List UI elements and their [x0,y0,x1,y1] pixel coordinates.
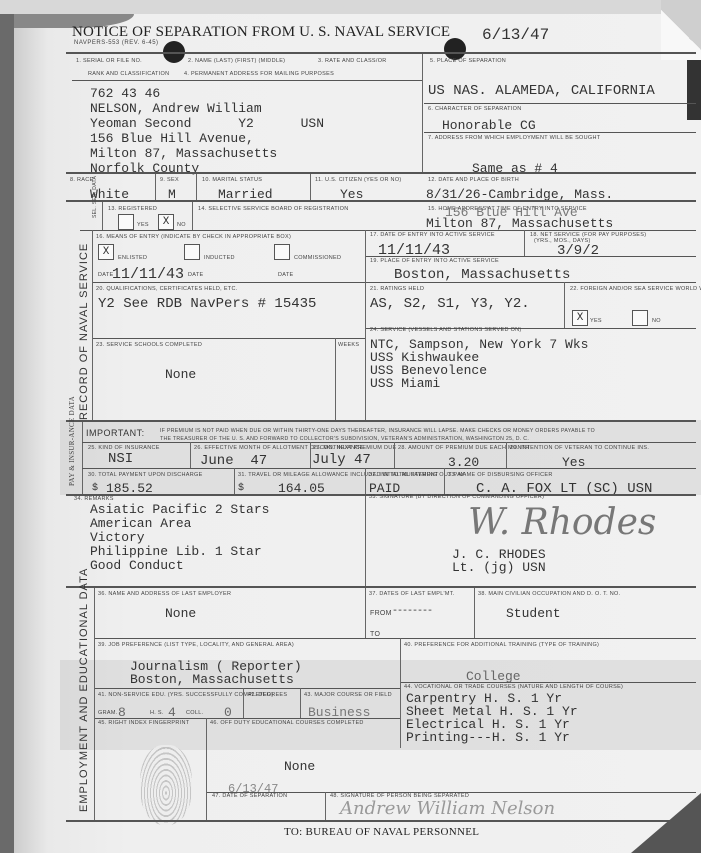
divider [66,172,696,174]
officer-signature: W. Rhodes [468,502,656,543]
label-occupation: 38. Main civilian occupation and D. O. T… [478,591,620,597]
divider [66,420,696,422]
vocational-line-4: Printing---H. S. 1 Yr [406,731,570,745]
divider [424,103,696,104]
divider [400,638,401,748]
divider [310,442,311,468]
label-next-premium: 27. Mo. next premium due [313,445,397,451]
divider [234,468,235,496]
registered-yes-checkbox[interactable] [118,214,134,230]
label-gram: Gram. [98,710,118,716]
label-last-employer: 36. Name and address of last employer [98,591,231,597]
section-employment: EMPLOYMENT AND EDUCATIONAL DATA [78,568,90,812]
label-employment-address: 7. Address from which employment will be… [428,135,600,141]
divider [93,282,365,283]
important-line-1: If premium is not paid when due or withi… [160,427,595,435]
job-preference-line-2: Boston, Massachusetts [130,673,294,687]
divider [474,588,475,638]
label-date: Date [278,272,293,278]
label-qualifications: 20. Qualifications, certificates held, e… [96,286,238,292]
label-job-preference: 39. Job preference (list type, locality,… [98,642,294,648]
name-value: NELSON, Andrew William [90,102,262,116]
label-rank: rank and classification [88,71,169,77]
page-curl-corner [661,0,701,60]
label-coll: Coll. [186,710,203,716]
label-no: No [177,222,186,228]
date-stamp: 6/13/47 [482,26,549,44]
service-line-4: USS Miami [370,377,440,391]
label-from: From [370,610,392,617]
label-no: No [652,318,661,324]
occupation-value: Student [506,607,561,621]
label-character: 6. Character of separation [428,106,521,112]
label-officer-signature: 35. Signature (by direction of commandin… [369,494,544,500]
label-degrees: 42. Degrees [248,692,287,698]
divider [401,682,696,683]
label-race: 8. Race [70,177,94,183]
form-title: NOTICE OF SEPARATION FROM U. S. NAVAL SE… [72,24,450,41]
divider [365,468,366,586]
divider [82,442,696,443]
schools-value: None [165,368,196,382]
divider [365,230,366,420]
divider [72,80,422,81]
divider [422,54,423,172]
divider [424,132,696,133]
remarks-line-4: Philippine Lib. 1 Star [90,545,262,559]
divider [66,820,696,822]
person-signature: Andrew William Nelson [340,798,555,819]
divider [335,338,336,420]
label-foreign-service: 22. Foreign and/or sea service World War… [570,286,701,292]
label-separation-date: 47. Date of separation [212,793,287,799]
scan-corner-bottom [631,793,701,853]
divider [66,200,696,202]
divider [192,202,193,230]
section-naval-service: RECORD OF NAVAL SERVICE [78,243,90,420]
qualifications-value: Y2 See RDB NavPers # 15435 [98,297,316,311]
divider [190,442,191,468]
label-rate: 3. Rate and class/or [318,58,387,64]
punch-hole [444,38,466,60]
divider [66,586,696,588]
registered-no-checkbox[interactable]: X [158,214,174,230]
footer-routing: TO: BUREAU OF NAVAL PERSONNEL [284,826,479,838]
label-continue-ins: 29. Intention of veteran to continue ins… [510,445,649,451]
important-label: IMPORTANT: [86,428,145,438]
divider [95,688,400,689]
divider [80,230,696,231]
divider [93,338,365,339]
label-off-duty-courses: 46. Off duty educational courses complet… [210,720,364,726]
label-sel-ser: Sel. Ser. Data [92,176,98,218]
divider [196,174,197,200]
label-inducted: Inducted [204,255,235,261]
label-means-entry: 16. Means of entry (indicate by check in… [96,234,291,240]
divider [155,174,156,200]
divider [300,688,301,718]
label-entry-date: 17. Date of entry into active service [370,232,495,238]
divider [95,638,696,639]
allotment-value: June 47 [200,454,267,468]
label-registered: 13. Registered [108,206,157,212]
entry-place-value: Boston, Massachusetts [394,268,570,282]
important-notice: If premium is not paid when due or withi… [160,427,595,443]
section-pay-insurance: PAY & INSUR-ANCE DATA [68,396,76,486]
insurance-kind-value: NSI [108,452,133,466]
employment-from-value: -------- [392,605,432,619]
divider [506,442,507,468]
label-serial: 1. Serial or file no. [76,58,142,64]
divider [94,588,95,820]
divider [82,468,696,469]
divider [365,588,366,638]
inducted-checkbox[interactable] [184,244,200,260]
label-date: Date [188,272,203,278]
serial-value: 762 43 46 [90,87,160,101]
label-sex: 9. Sex [160,177,179,183]
divider [95,718,400,719]
enlisted-date-value: 11/11/43 [112,268,184,282]
divider [564,282,565,328]
form-number: NAVPERS-553 (REV. 6-45) [74,40,159,46]
label-yes: Yes [137,222,149,228]
officer-rank: Lt. (jg) USN [452,561,546,575]
label-training-preference: 40. Preference for additional training (… [404,642,599,648]
label-selective-board: 14. Selective service board of registrat… [198,206,349,212]
next-premium-value: July 47 [312,453,371,467]
divider [444,468,445,494]
last-employer-value: None [165,607,196,621]
divider [366,256,696,257]
label-birth: 12. Date and place of birth [428,177,519,183]
label-to: To [370,631,380,638]
divider [206,718,207,820]
enlisted-checkbox[interactable]: X [98,244,114,260]
off-duty-value: None [284,760,315,774]
divider [82,422,83,496]
place-of-separation-value: US NAS. ALAMEDA, CALIFORNIA [428,84,655,98]
divider [310,174,311,200]
label-major: 43. Major course or field [304,692,392,698]
address-line-2: Milton 87, Massachusetts [90,147,277,161]
divider [524,230,525,256]
remarks-line-5: Good Conduct [90,559,184,573]
label-marital: 10. Marital status [202,177,262,183]
label-place-separation: 5. Place of separation [430,58,506,64]
foreign-service-no-checkbox[interactable] [632,310,648,326]
divider [366,282,696,283]
home-address-line-2: Milton 87, Massachusetts [426,217,613,231]
character-value: Honorable CG [442,119,536,133]
label-service-stations: 24. Service (vessels and stations served… [370,327,522,333]
divider [66,52,696,54]
label-fingerprint: 45. Right index fingerprint [98,720,189,726]
label-name: 2. Name (Last) (First) (Middle) [188,58,285,64]
label-entry-place: 19. Place of entry into active service [370,258,499,264]
scan-edge-left [0,14,14,853]
label-weeks: Weeks [338,342,359,348]
rate-value: Yeoman Second Y2 USN [90,117,324,131]
label-total-payment: 30. Total payment upon discharge [88,472,203,478]
address-line-1: 156 Blue Hill Avenue, [90,132,254,146]
label-yes: Yes [590,318,602,324]
label-commissioned: Commissioned [294,255,341,261]
remarks-line-3: Victory [90,531,145,545]
divider [92,230,93,420]
label-last-employment-dates: 37. Dates of last empl'mt. [369,591,455,597]
label-hs: H. S. [150,710,164,716]
fingerprint-image [140,745,192,825]
divider [394,442,395,468]
divider [325,792,326,820]
remarks-line-1: Asiatic Pacific 2 Stars [90,503,269,517]
label-disbursing-officer: 33. Name of disbursing officer [448,472,553,478]
remarks-line-2: American Area [90,517,191,531]
ratings-value: AS, S2, S1, Y3, Y2. [370,297,530,311]
label-citizen: 11. U.S. Citizen (yes or no) [315,177,402,183]
label-enlisted: Enlisted [118,255,147,261]
foreign-service-yes-checkbox[interactable]: X [572,310,588,326]
divider [243,688,244,718]
label-ratings: 21. Ratings held [370,286,424,292]
commissioned-checkbox[interactable] [274,244,290,260]
label-service-schools: 23. Service schools completed [96,342,202,348]
label-permanent-address: 4. Permanent address for mailing purpose… [184,71,334,77]
label-vocational: 44. Vocational or trade courses (nature … [404,684,623,690]
divider [102,202,103,230]
